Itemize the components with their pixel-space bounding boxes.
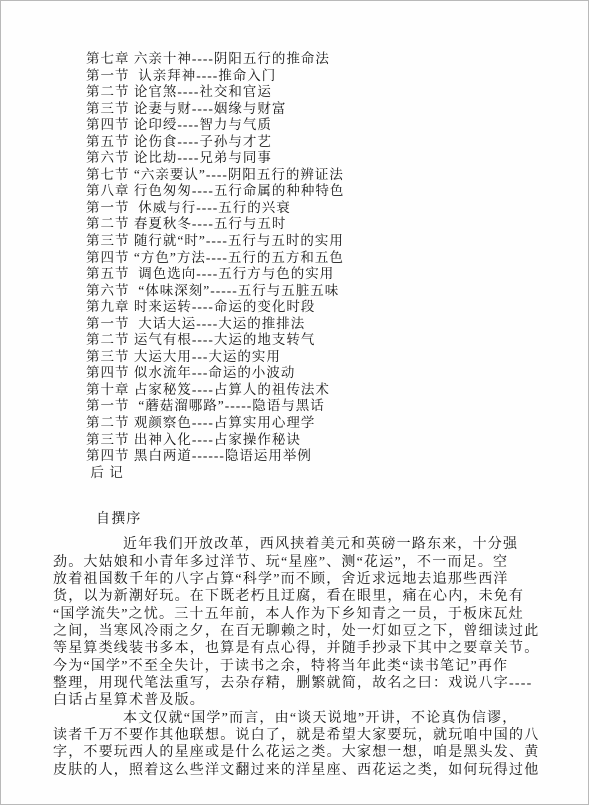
preface-text-line: 近年我们开放改革，西风挟着美元和英磅一路东来，十分强	[53, 536, 568, 553]
toc-entry-chapter-9: 第九章 时来运转----命运的变化时段	[86, 299, 588, 316]
toc-entry: 第二节 春夏秋冬----五行与五时	[86, 216, 588, 233]
toc-entry: 第四节 黑白两道------隐语运用举例	[86, 448, 588, 465]
preface-heading: 自撰序	[96, 511, 568, 528]
toc-entry: 第二节 观颜察色----占算实用心理学	[86, 415, 588, 432]
toc-entry: 第六节 “体味深刻”-----五行与五脏五味	[86, 283, 588, 300]
toc-entry-chapter-10: 第十章 占家秘笈----占算人的祖传法术	[86, 382, 588, 399]
toc-entry-postscript: 后 记	[86, 465, 588, 482]
toc-entry: 第四节 论印绶----智力与气质	[86, 117, 588, 134]
preface-text-line: 之间，当寒风冷雨之夕，在百无聊赖之时，处一灯如豆之下，曾细读过此	[53, 623, 568, 640]
table-of-contents: 第七章 六亲十神----阴阳五行的推命法 第一节 认亲拜神----推命入门 第二…	[86, 1, 588, 481]
document-page: 第七章 六亲十神----阴阳五行的推命法 第一节 认亲拜神----推命入门 第二…	[0, 0, 589, 805]
toc-entry: 第一节 休威与行----五行的兴衰	[86, 200, 588, 217]
preface-text-line: “国学流失”之忧。三十五年前，本人作为下乡知青之一员，于板床瓦灶	[53, 606, 568, 623]
preface-text-line: 劲。大姑娘和小青年多过洋节、玩“星座”、测“花运”，不一而足。空	[53, 554, 568, 571]
toc-entry: 第六节 论比劫----兄弟与同事	[86, 150, 588, 167]
preface-paragraph-1: 近年我们开放改革，西风挟着美元和英磅一路东来，十分强 劲。大姑娘和小青年多过洋节…	[53, 536, 568, 709]
toc-entry: 第三节 论妻与财----姻缘与财富	[86, 101, 588, 118]
toc-entry: 第七节 “六亲要认”----阴阳五行的辨证法	[86, 167, 588, 184]
toc-entry-chapter-7: 第七章 六亲十神----阴阳五行的推命法	[86, 51, 588, 68]
preface-paragraph-2: 本文仅就“国学”而言，由“谈天说地”开讲，不论真伪信谬， 读者千万不要作其他联想…	[53, 710, 568, 779]
toc-entry: 第一节 认亲拜神----推命入门	[86, 68, 588, 85]
preface-text-line: 整理，用现代笔法重写，去杂存精，删繁就简，故名之曰：戏说八字----	[53, 675, 568, 692]
toc-entry: 第三节 出神入化----占家操作秘诀	[86, 432, 588, 449]
preface-text-line: 白话占星算术普及版。	[53, 692, 568, 709]
toc-entry: 第四节 似水流年---命运的小波动	[86, 365, 588, 382]
toc-entry: 第四节 “方色”方法----五行的五方和五色	[86, 250, 588, 267]
preface-text-line: 今为“国学”不至全失计，于读书之余，特将当年此类“读书笔记”再作	[53, 658, 568, 675]
toc-entry: 第一节 大话大运----大运的推排法	[86, 316, 588, 333]
preface-text-line: 本文仅就“国学”而言，由“谈天说地”开讲，不论真伪信谬，	[53, 710, 568, 727]
preface-section: 自撰序 近年我们开放改革，西风挟着美元和英磅一路东来，十分强 劲。大姑娘和小青年…	[53, 511, 568, 779]
toc-entry-chapter-8: 第八章 行色匆匆----五行命属的种种特色	[86, 183, 588, 200]
toc-entry: 第五节 调色选向----五行方与色的实用	[86, 266, 588, 283]
preface-text-line: 皮肤的人，照着这么些洋文翻过来的洋星座、西花运之类，如何玩得过他	[53, 762, 568, 779]
preface-text-line: 货，以为新潮好玩。在下既老朽且迂腐，看在眼里，痛在心内，未免有	[53, 588, 568, 605]
preface-text-line: 放着祖国数千年的八字占算“科学”而不顾，舍近求远地去追那些西洋	[53, 571, 568, 588]
toc-entry: 第二节 论官煞----社交和官运	[86, 84, 588, 101]
preface-text-line: 字，不要玩西人的星座或是什么花运之类。大家想一想，咱是黑头发、黄	[53, 744, 568, 761]
toc-entry: 第三节 随行就“时”----五行与五时的实用	[86, 233, 588, 250]
toc-entry: 第三节 大运大用---大运的实用	[86, 349, 588, 366]
toc-entry: 第一节 “蘑菇溜哪路”-----隐语与黑话	[86, 398, 588, 415]
toc-entry: 第二节 运气有根----大运的地支转气	[86, 332, 588, 349]
toc-entry: 第五节 论伤食----子孙与才艺	[86, 134, 588, 151]
preface-text-line: 读者千万不要作其他联想。说白了，就是希望大家要玩，就玩咱中国的八	[53, 727, 568, 744]
preface-text-line: 等星算类线装书多本，也算是有点心得，并随手抄录下其中之要章关节。	[53, 640, 568, 657]
